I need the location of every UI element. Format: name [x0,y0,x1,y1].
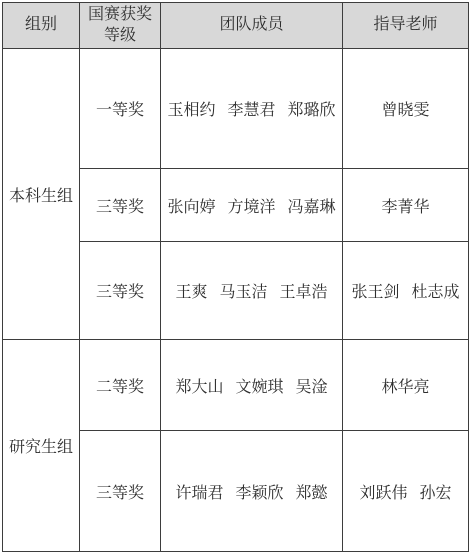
award-cell: 三等奖 [80,431,161,552]
members-cell: 许瑞君 李颖欣 郑懿 [161,431,343,552]
award-table: 组别 国赛获奖 等级 团队成员 指导老师 本科生组 一等奖 玉相约 李慧君 郑璐… [2,2,469,552]
teachers-cell: 张王剑 杜志成 [343,242,469,340]
members-cell: 王爽 马玉洁 王卓浩 [161,242,343,340]
header-members: 团队成员 [161,3,343,49]
teachers-cell: 曾晓雯 [343,49,469,169]
teachers-cell: 刘跃伟 孙宏 [343,431,469,552]
table-row: 本科生组 一等奖 玉相约 李慧君 郑璐欣 曾晓雯 [3,49,469,169]
group-label-undergraduate: 本科生组 [3,49,80,340]
award-cell: 一等奖 [80,49,161,169]
members-cell: 张向婷 方境洋 冯嘉琳 [161,169,343,242]
teachers-cell: 李菁华 [343,169,469,242]
header-award-level: 国赛获奖 等级 [80,3,161,49]
table-header-row: 组别 国赛获奖 等级 团队成员 指导老师 [3,3,469,49]
group-label-graduate: 研究生组 [3,340,80,552]
members-cell: 玉相约 李慧君 郑璐欣 [161,49,343,169]
award-cell: 三等奖 [80,169,161,242]
header-group: 组别 [3,3,80,49]
header-teachers: 指导老师 [343,3,469,49]
teachers-cell: 林华亮 [343,340,469,431]
members-cell: 郑大山 文婉琪 吴淦 [161,340,343,431]
award-cell: 三等奖 [80,242,161,340]
table-row: 研究生组 二等奖 郑大山 文婉琪 吴淦 林华亮 [3,340,469,431]
award-cell: 二等奖 [80,340,161,431]
